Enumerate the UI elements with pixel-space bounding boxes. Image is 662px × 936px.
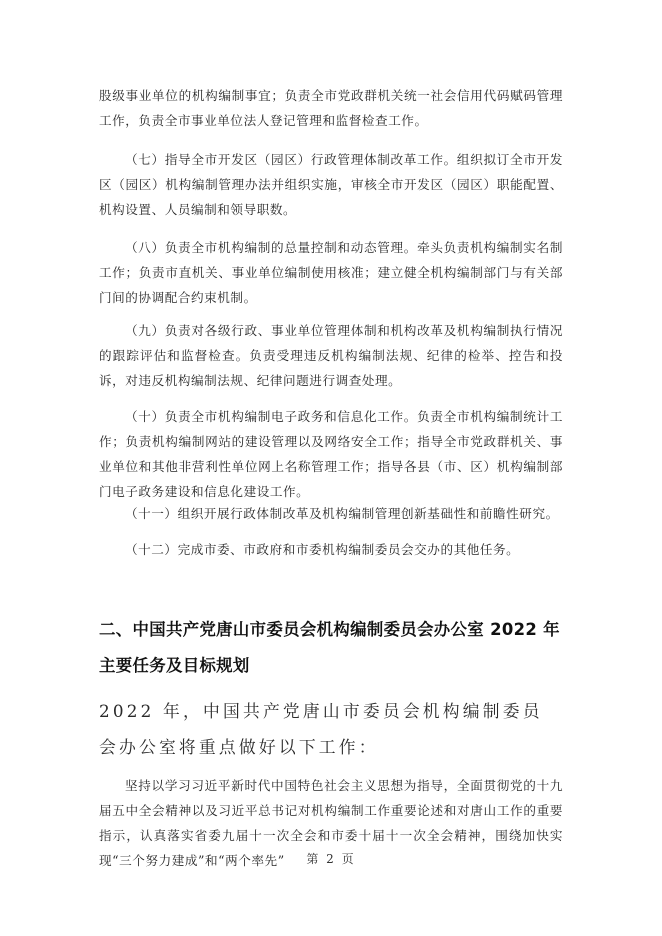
paragraph-item-11: （十一）组织开展行政体制改革及机构编制管理创新基础性和前瞻性研究。 xyxy=(99,501,563,526)
section-intro: 2022 年，中国共产党唐山市委员会机构编制委员会办公室将重点做好以下工作： xyxy=(99,693,561,765)
page-number: 第 2 页 xyxy=(0,850,662,867)
paragraph-item-12: （十二）完成市委、市政府和市委机构编制委员会交办的其他任务。 xyxy=(99,537,563,562)
paragraph-item-8: （八）负责全市机构编制的总量控制和动态管理。牵头负责机构编制实名制工作；负责市直… xyxy=(99,235,563,310)
section-heading: 二、中国共产党唐山市委员会机构编制委员会办公室 2022 年主要任务及目标规划 xyxy=(99,612,563,684)
paragraph-item-9: （九）负责对各级行政、事业单位管理体制和机构改革及机构编制执行情况的跟踪评估和监… xyxy=(99,318,563,393)
paragraph-item-10: （十）负责全市机构编制电子政务和信息化工作。负责全市机构编制统计工作；负责机构编… xyxy=(99,404,563,504)
paragraph-item-7: （七）指导全市开发区（园区）行政管理体制改革工作。组织拟订全市开发区（园区）机构… xyxy=(99,147,563,222)
document-page: 股级事业单位的机构编制事宜；负责全市党政群机关统一社会信用代码赋码管理工作，负责… xyxy=(0,0,662,936)
paragraph-continued: 股级事业单位的机构编制事宜；负责全市党政群机关统一社会信用代码赋码管理工作，负责… xyxy=(99,83,563,133)
